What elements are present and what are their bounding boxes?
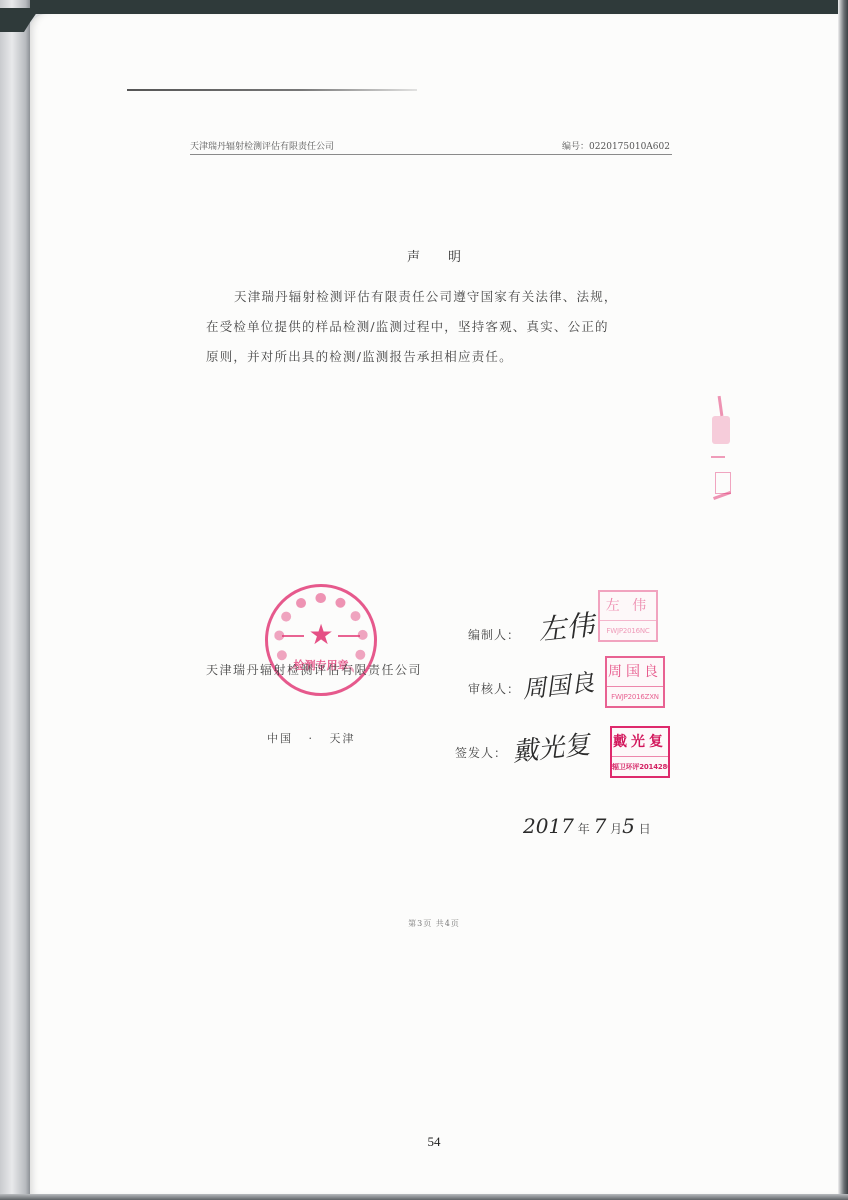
- stamp-code: FWJP2016NC: [600, 621, 656, 641]
- statement-line: 在受检单位提供的样品检测/监测过程中，坚持客观、真实、公正的: [206, 312, 686, 342]
- header-company: 天津瑞丹辐射检测评估有限责任公司: [190, 139, 334, 152]
- name-stamp: 周国良 FWJP2016ZXN: [605, 656, 665, 708]
- page-of-indicator: 第3页 共4页: [30, 918, 838, 929]
- binder-spine: [0, 0, 30, 1200]
- handwritten-signature: 周国良: [520, 662, 595, 704]
- signature-row-compiler: 编制人：: [468, 626, 520, 643]
- date-month-unit: 月: [610, 822, 622, 836]
- issuer-company: 天津瑞丹辐射检测评估有限责任公司: [206, 661, 422, 678]
- binder-bottom-edge: [0, 1194, 848, 1200]
- stamp-name: 戴光复: [612, 728, 668, 757]
- signature-row-issuer: 签发人：: [455, 744, 507, 761]
- role-label: 签发人：: [455, 744, 507, 761]
- handwritten-signature: 戴光复: [510, 724, 591, 769]
- binder-top-edge: [0, 0, 848, 14]
- handwritten-signature: 左伟: [536, 603, 596, 649]
- signature-row-reviewer: 审核人：: [468, 680, 520, 697]
- seal-line-right: [338, 635, 360, 637]
- name-stamp: 左 伟 FWJP2016NC: [598, 590, 658, 642]
- name-stamp: 戴光复 辐卫环评2014280: [610, 726, 670, 778]
- date-month: 7: [594, 814, 607, 838]
- serial-label: 编号：: [562, 142, 589, 152]
- statement-body: 天津瑞丹辐射检测评估有限责任公司遵守国家有关法律、法规， 在受检单位提供的样品检…: [206, 282, 686, 372]
- document-page: 天津瑞丹辐射检测评估有限责任公司 编号：0220175010A602 声明 天津…: [30, 14, 838, 1194]
- stamp-name: 周国良: [607, 658, 663, 687]
- stamp-code: FWJP2016ZXN: [607, 687, 663, 707]
- stamp-code: 辐卫环评2014280: [612, 757, 668, 777]
- date-year-unit: 年: [578, 822, 590, 836]
- role-label: 审核人：: [468, 680, 520, 697]
- statement-line: 天津瑞丹辐射检测评估有限责任公司遵守国家有关法律、法规，: [206, 282, 686, 312]
- date-day: 5: [622, 814, 635, 838]
- statement-title: 声明: [30, 246, 838, 265]
- date-day-unit: 日: [639, 822, 651, 836]
- company-seal: ★ 检测专用章: [265, 584, 377, 696]
- page-number: 54: [30, 1134, 838, 1150]
- binder-right-edge: [838, 0, 848, 1200]
- role-label: 编制人：: [468, 626, 520, 643]
- top-rule: [127, 89, 417, 91]
- issuer-location: 中国 · 天津: [267, 730, 356, 746]
- header-serial: 编号：0220175010A602: [562, 139, 670, 152]
- stamp-name: 左 伟: [600, 592, 656, 621]
- signing-date: 2017 年 7 月5 日: [523, 814, 651, 838]
- serial-number: 0220175010A602: [589, 142, 670, 152]
- statement-line: 原则，并对所出具的检测/监测报告承担相应责任。: [206, 342, 686, 372]
- edge-stamp-fragment: [707, 394, 737, 509]
- date-year: 2017: [523, 814, 574, 838]
- page-header: 天津瑞丹辐射检测评估有限责任公司 编号：0220175010A602: [190, 138, 672, 155]
